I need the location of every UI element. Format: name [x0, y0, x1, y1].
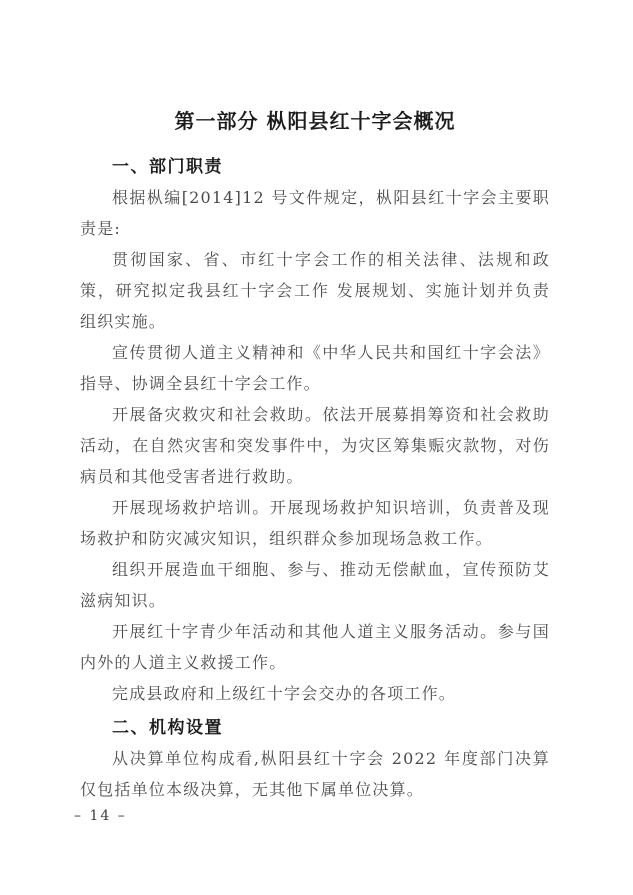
- paragraph: 完成县政府和上级红十字会交办的各项工作。: [80, 678, 550, 709]
- paragraph: 从决算单位构成看,枞阳县红十字会 2022 年度部门决算仅包括单位本级决算，无其…: [80, 743, 550, 805]
- paragraph: 贯彻国家、省、市红十字会工作的相关法律、法规和政策，研究拟定我县红十字会工作 发…: [80, 244, 550, 337]
- section-department-duties: 一、部门职责 根据枞编[2014]12 号文件规定，枞阳县红十字会主要职责是: …: [80, 152, 550, 709]
- paragraph: 开展红十字青少年活动和其他人道主义服务活动。参与国内外的人道主义救援工作。: [80, 616, 550, 678]
- section-heading-department-duties: 一、部门职责: [80, 152, 550, 182]
- page-number: – 14 –: [74, 806, 127, 826]
- paragraph: 组织开展造血干细胞、参与、推动无偿献血，宣传预防艾滋病知识。: [80, 554, 550, 616]
- paragraph: 开展备灾救灾和社会救助。依法开展募捐筹资和社会救助活动，在自然灾害和突发事件中，…: [80, 399, 550, 492]
- document-title: 第一部分 枞阳县红十字会概况: [80, 106, 550, 136]
- paragraph: 开展现场救护培训。开展现场救护知识培训，负责普及现场救护和防灾减灾知识，组织群众…: [80, 492, 550, 554]
- section-heading-organization-setup: 二、机构设置: [80, 713, 550, 743]
- paragraph: 宣传贯彻人道主义精神和《中华人民共和国红十字会法》指导、协调全县红十字会工作。: [80, 337, 550, 399]
- paragraph: 根据枞编[2014]12 号文件规定，枞阳县红十字会主要职责是:: [80, 182, 550, 244]
- document-page: 第一部分 枞阳县红十字会概况 一、部门职责 根据枞编[2014]12 号文件规定…: [0, 0, 633, 895]
- section-organization-setup: 二、机构设置 从决算单位构成看,枞阳县红十字会 2022 年度部门决算仅包括单位…: [80, 713, 550, 805]
